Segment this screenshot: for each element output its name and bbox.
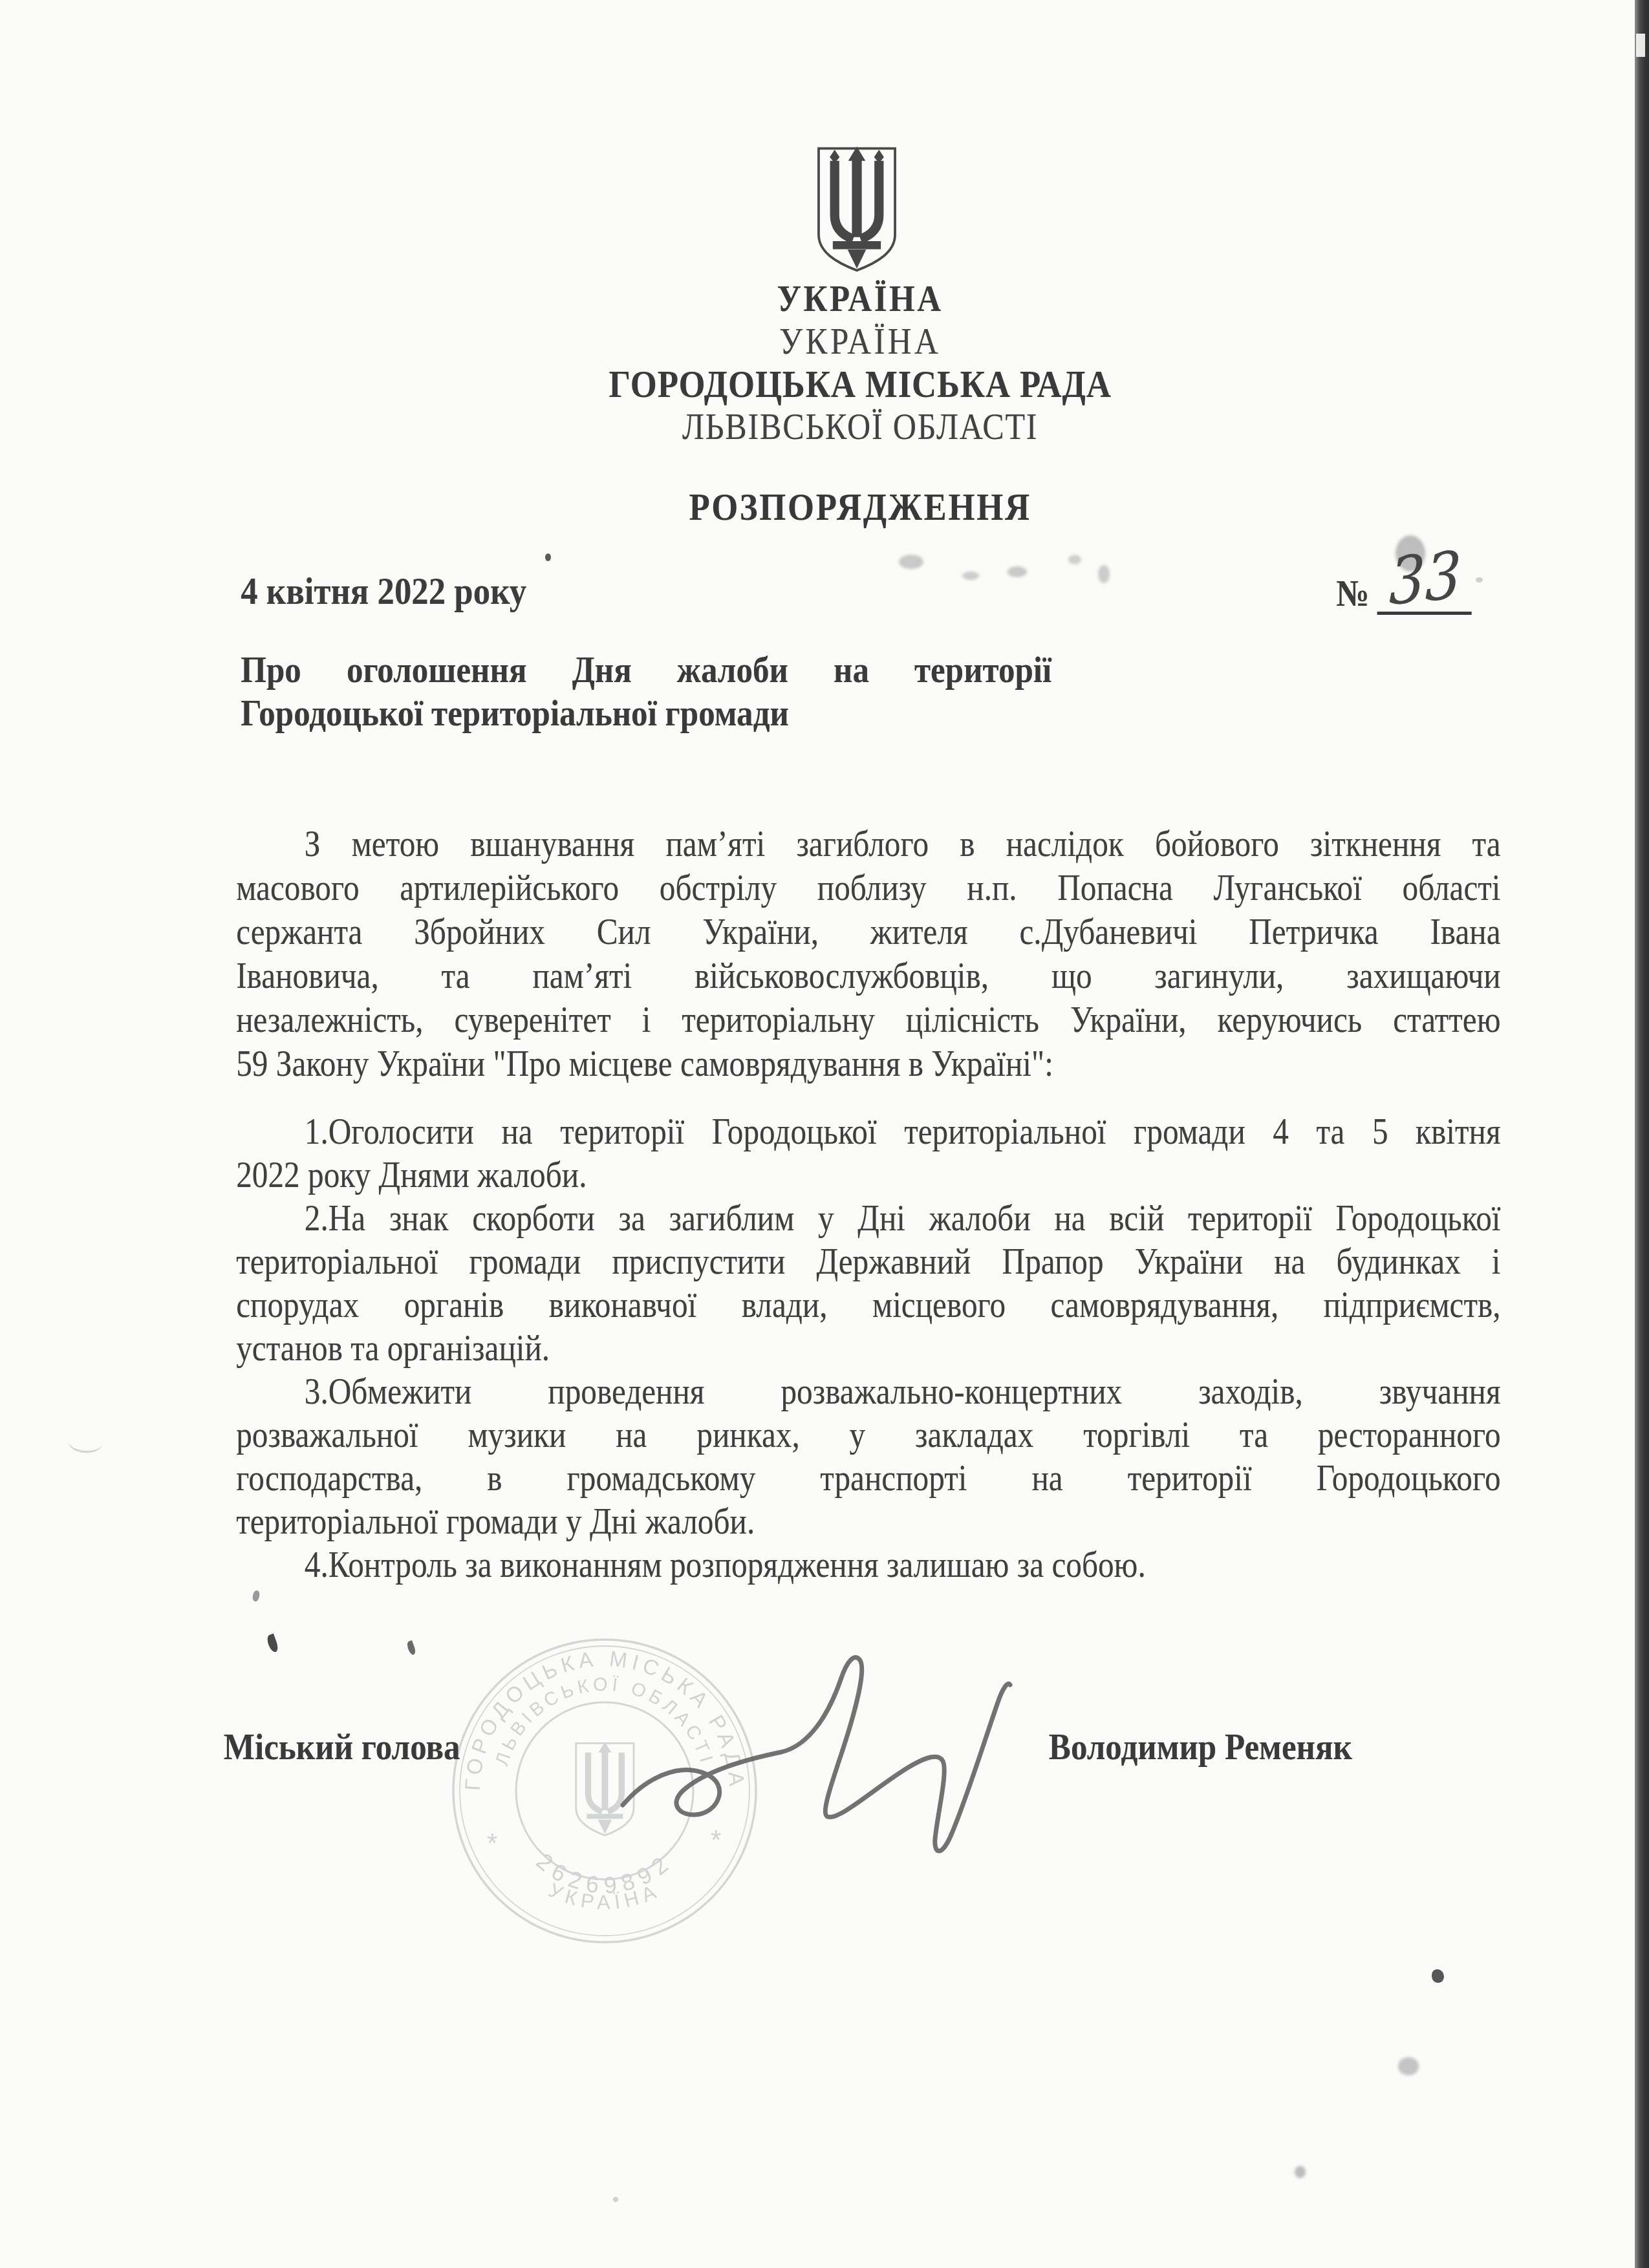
text-line: 4.Контроль за виконанням розпорядження з… (236, 1544, 1500, 1587)
text-line: незалежність, суверенітет і територіальн… (236, 998, 1500, 1042)
item-2: 2.На знак скорботи за загиблим у Дні жал… (236, 1197, 1500, 1371)
text-line: 2.На знак скорботи за загиблим у Дні жал… (236, 1197, 1500, 1241)
item-3: 3.Обмежити проведення розважально-концер… (236, 1371, 1500, 1544)
ordered-items: 1.Оголосити на території Городоцької тер… (236, 1111, 1500, 1587)
text-line: 3.Обмежити проведення розважально-концер… (236, 1371, 1500, 1414)
text-line: Про оголошення Дня жалоби на території (241, 648, 1051, 691)
council-name: ГОРОДОЦЬКА МІСЬКА РАДА (0, 362, 1649, 407)
text-line: Івановича, та пам’яті військовослужбовці… (236, 954, 1500, 998)
text-line: 2022 року Днями жалоби. (236, 1154, 1500, 1197)
item-1: 1.Оголосити на території Городоцької тер… (236, 1111, 1500, 1197)
text-line: З метою вшанування пам’яті загиблого в н… (236, 822, 1500, 866)
number-label: № (1336, 572, 1369, 615)
text-line: 59 Закону України "Про місцеве самовряду… (236, 1042, 1500, 1086)
scanned-decree-page: ГОРОДОЦЬКА МІСЬКА РАДА ЛЬВІВСЬКОЇ ОБЛАСТ… (0, 0, 1649, 2268)
handwritten-document-number: 33 (1388, 537, 1461, 620)
country-name-bold: УКРАЇНА (0, 277, 1649, 320)
document-date: 4 квітня 2022 року (241, 569, 526, 614)
text-line: 1.Оголосити на території Городоцької тер… (236, 1111, 1500, 1154)
text-line: територіальної громади приспустити Держа… (236, 1241, 1500, 1284)
intro-paragraph: З метою вшанування пам’яті загиблого в н… (236, 822, 1500, 1086)
text-line: установ та організацій. (236, 1327, 1500, 1371)
text-line: масового артилерійського обстрілу поблиз… (236, 866, 1500, 910)
signatory-name: Володимир Ременяк (1049, 1725, 1352, 1768)
text-line: розважальної музики на ринках, у заклада… (236, 1414, 1500, 1457)
region-name: ЛЬВІВСЬКОЇ ОБЛАСТІ (0, 406, 1649, 448)
text-line: сержанта Збройних Сил України, жителя с.… (236, 910, 1500, 954)
item-4: 4.Контроль за виконанням розпорядження з… (236, 1544, 1500, 1587)
text-line: Городоцької територіальної громади (241, 691, 1051, 734)
document-title: РОЗПОРЯДЖЕННЯ (0, 485, 1649, 530)
text-line: спорудах органів виконавчої влади, місце… (236, 1284, 1500, 1327)
signatory-position: Міський голова (224, 1725, 460, 1768)
subject-block: Про оголошення Дня жалоби на територіїГо… (241, 648, 1051, 734)
text-line: господарства, в громадському транспорті … (236, 1457, 1500, 1501)
country-name-plain: УКРАЇНА (0, 319, 1649, 363)
text-line: територіальної громади у Дні жалоби. (236, 1501, 1500, 1544)
text-layer: УКРАЇНА УКРАЇНА ГОРОДОЦЬКА МІСЬКА РАДА Л… (0, 0, 1649, 2268)
